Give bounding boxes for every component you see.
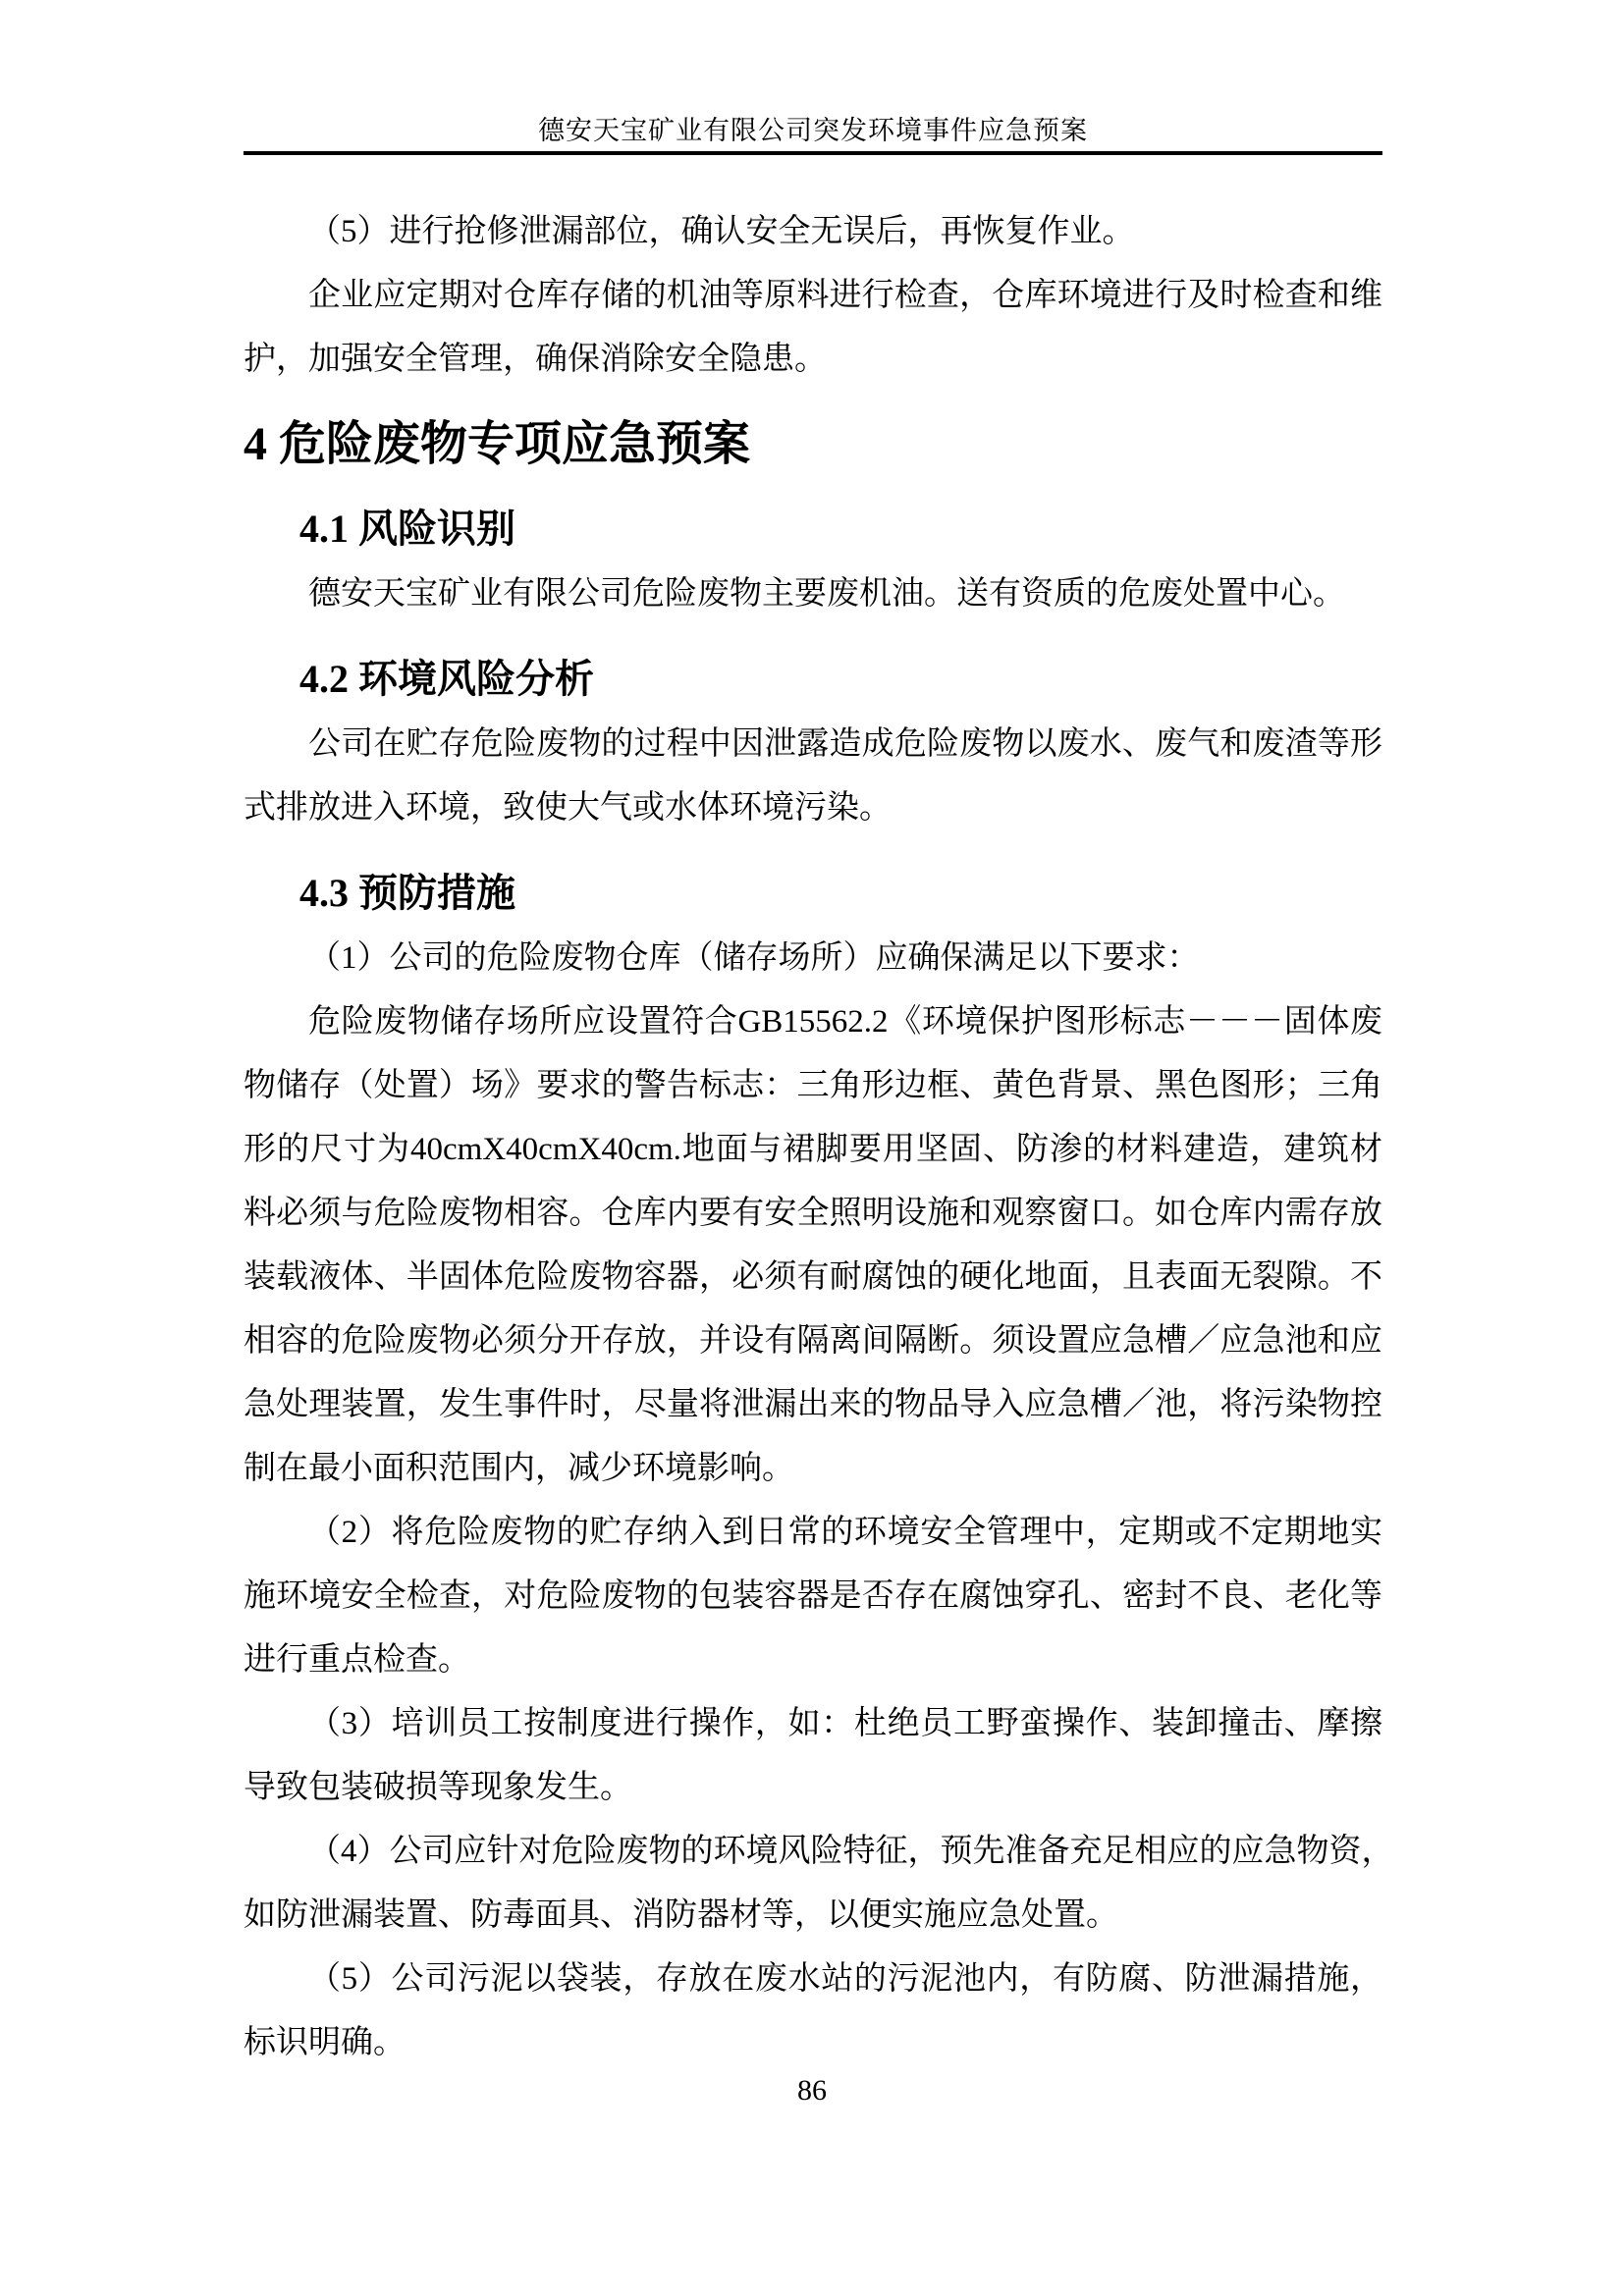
heading-chapter-4: 4 危险废物专项应急预案 — [244, 413, 1382, 476]
para-measure-2: （2）将危险废物的贮存纳入到日常的环境安全管理中，定期或不定期地实施环境安全检查… — [244, 1501, 1382, 1692]
text-line: （5）进行抢修泄漏部位，确认安全无误后，再恢复作业。 — [244, 200, 1382, 264]
text-line: 装载液体、半固体危险废物容器，必须有耐腐蚀的硬化地面，且表面无裂隙。不 — [244, 1246, 1382, 1309]
text-line: 导致包装破损等现象发生。 — [244, 1756, 1382, 1820]
para-risk-analysis: 公司在贮存危险废物的过程中因泄露造成危险废物以废水、废气和废渣等形式排放进入环境… — [244, 713, 1382, 840]
text-line: （4）公司应针对危险废物的环境风险特征，预先准备充足相应的应急物资， — [244, 1820, 1382, 1884]
text-line: 标识明确。 — [244, 2011, 1382, 2075]
text-line: 护，加强安全管理，确保消除安全隐患。 — [244, 328, 1382, 392]
heading-4-3-prevention-measures: 4.3 预防措施 — [244, 866, 1382, 921]
para-measure-1: （1）公司的危险废物仓库（储存场所）应确保满足以下要求： — [244, 927, 1382, 990]
para-storage-requirements: 危险废物储存场所应设置符合GB15562.2《环境保护图形标志－－－固体废物储存… — [244, 990, 1382, 1501]
text-line: 制在最小面积范围内，减少环境影响。 — [244, 1437, 1382, 1501]
para-risk-identification: 德安天宝矿业有限公司危险废物主要废机油。送有资质的危废处置中心。 — [244, 562, 1382, 626]
page-footer: 86 — [0, 2073, 1624, 2109]
text-line: 危险废物储存场所应设置符合GB15562.2《环境保护图形标志－－－固体废 — [244, 990, 1382, 1054]
text-line: 企业应定期对仓库存储的机油等原料进行检查，仓库环境进行及时检查和维 — [244, 264, 1382, 328]
text-line: 德安天宝矿业有限公司危险废物主要废机油。送有资质的危废处置中心。 — [244, 562, 1382, 626]
text-line: 物储存（处置）场》要求的警告标志：三角形边框、黄色背景、黑色图形；三角 — [244, 1054, 1382, 1118]
page-content: （5）进行抢修泄漏部位，确认安全无误后，再恢复作业。 企业应定期对仓库存储的机油… — [244, 155, 1382, 2075]
para-measure-5: （5）公司污泥以袋装，存放在废水站的污泥池内，有防腐、防泄漏措施，标识明确。 — [244, 1948, 1382, 2075]
para-warehouse-inspection: 企业应定期对仓库存储的机油等原料进行检查，仓库环境进行及时检查和维护，加强安全管… — [244, 264, 1382, 392]
text-line: 式排放进入环境，致使大气或水体环境污染。 — [244, 776, 1382, 840]
para-measure-3: （3）培训员工按制度进行操作，如：杜绝员工野蛮操作、装卸撞击、摩擦导致包装破损等… — [244, 1692, 1382, 1820]
text-line: 急处理装置，发生事件时，尽量将泄漏出来的物品导入应急槽／池，将污染物控 — [244, 1373, 1382, 1437]
text-line: 形的尺寸为40cmX40cmX40cm.地面与裙脚要用坚固、防渗的材料建造，建筑… — [244, 1118, 1382, 1182]
page-number: 86 — [797, 2074, 827, 2107]
heading-4-1-risk-identification: 4.1 风险识别 — [244, 502, 1382, 557]
text-line: 如防泄漏装置、防毒面具、消防器材等，以便实施应急处置。 — [244, 1884, 1382, 1948]
heading-4-2-risk-analysis: 4.2 环境风险分析 — [244, 652, 1382, 707]
text-line: 相容的危险废物必须分开存放，并设有隔离间隔断。须设置应急槽／应急池和应 — [244, 1309, 1382, 1373]
text-line: 进行重点检查。 — [244, 1629, 1382, 1692]
text-line: 料必须与危险废物相容。仓库内要有安全照明设施和观察窗口。如仓库内需存放 — [244, 1182, 1382, 1246]
document-page: 德安天宝矿业有限公司突发环境事件应急预案 （5）进行抢修泄漏部位，确认安全无误后… — [0, 0, 1624, 2296]
para-measure-4: （4）公司应针对危险废物的环境风险特征，预先准备充足相应的应急物资，如防泄漏装置… — [244, 1820, 1382, 1948]
text-line: （3）培训员工按制度进行操作，如：杜绝员工野蛮操作、装卸撞击、摩擦 — [244, 1692, 1382, 1756]
text-line: （2）将危险废物的贮存纳入到日常的环境安全管理中，定期或不定期地实 — [244, 1501, 1382, 1565]
text-line: 公司在贮存危险废物的过程中因泄露造成危险废物以废水、废气和废渣等形 — [244, 713, 1382, 776]
page-header: 德安天宝矿业有限公司突发环境事件应急预案 — [244, 0, 1382, 155]
text-line: （1）公司的危险废物仓库（储存场所）应确保满足以下要求： — [244, 927, 1382, 990]
header-title: 德安天宝矿业有限公司突发环境事件应急预案 — [244, 115, 1382, 146]
para-repair-leak: （5）进行抢修泄漏部位，确认安全无误后，再恢复作业。 — [244, 200, 1382, 264]
text-line: 施环境安全检查，对危险废物的包装容器是否存在腐蚀穿孔、密封不良、老化等 — [244, 1565, 1382, 1629]
text-line: （5）公司污泥以袋装，存放在废水站的污泥池内，有防腐、防泄漏措施， — [244, 1948, 1382, 2011]
